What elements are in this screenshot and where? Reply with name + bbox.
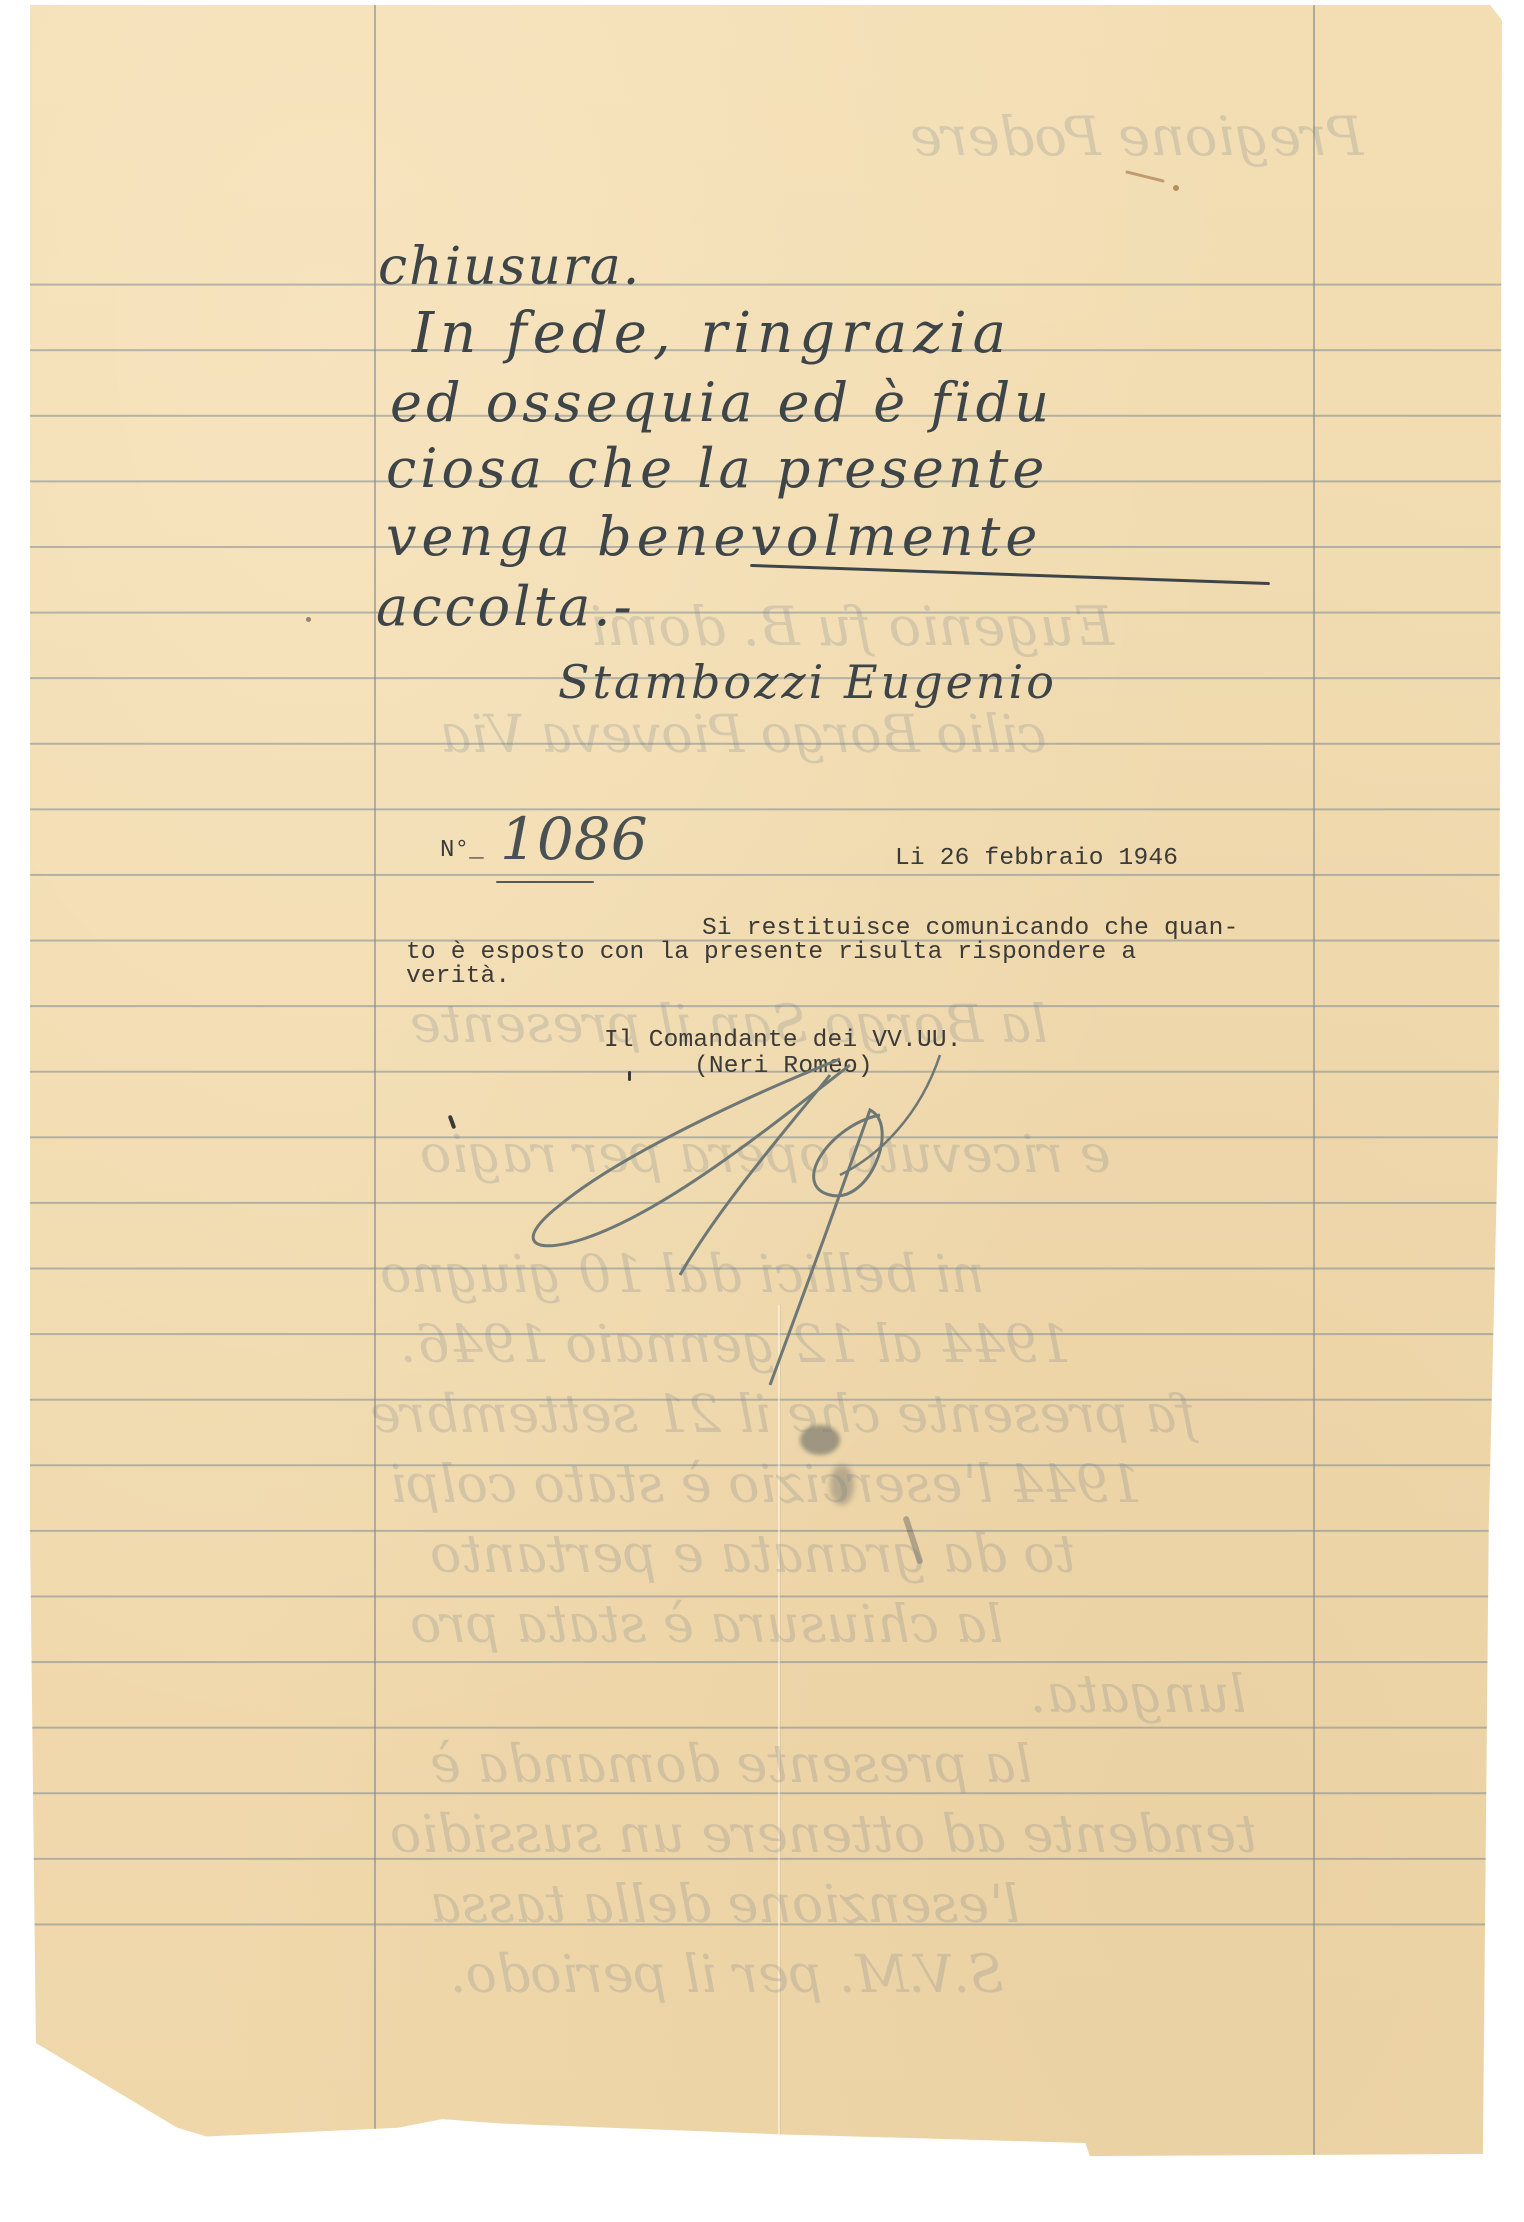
endorsement-body-line-1: Si restituisce comunicando che quan-: [702, 915, 1239, 942]
protocol-number-label: N°_: [440, 837, 484, 864]
paper-fold-crease: [778, 1305, 780, 2175]
ink-speck: [1173, 185, 1179, 191]
ink-speck: [1125, 170, 1165, 183]
number-label: N°: [440, 837, 469, 864]
handwritten-line-3: ed ossequia ed è fidu: [390, 371, 1053, 434]
handwritten-line-6: accolta.-: [376, 575, 635, 638]
bleed-through-text: Pregione Podere: [910, 105, 1363, 168]
ink-speck: [628, 1071, 631, 1081]
handwritten-signature: Stambozzi Eugenio: [558, 655, 1057, 709]
protocol-number-value: 1086: [500, 805, 648, 873]
commander-signature-scrawl: [500, 1055, 1000, 1385]
handwritten-line-2: In fede, ringrazia: [412, 301, 1012, 366]
handwritten-line-4: ciosa che la presente: [386, 437, 1048, 500]
ink-speck: [306, 617, 311, 622]
endorsement-body-line-2: to è esposto con la presente risulta ris…: [406, 939, 1136, 966]
number-dash: _: [469, 837, 484, 864]
endorsement-date: Li 26 febbraio 1946: [895, 845, 1178, 872]
handwritten-line-1: chiusura.: [378, 237, 641, 297]
endorsement-body-line-3: verità.: [406, 963, 510, 990]
letter-sheet: Pregione Podere Eugenio fu B. domi cilio…: [30, 5, 1502, 2180]
handwritten-line-5: venga benevolmente: [386, 505, 1042, 568]
left-margin-line: [374, 5, 376, 2180]
ink-blot: [800, 1425, 840, 1455]
number-underline: [496, 881, 594, 883]
signatory-title: Il Comandante dei VV.UU.: [604, 1027, 962, 1054]
right-margin-line: [1313, 5, 1315, 2180]
ink-blot: [830, 1465, 854, 1505]
